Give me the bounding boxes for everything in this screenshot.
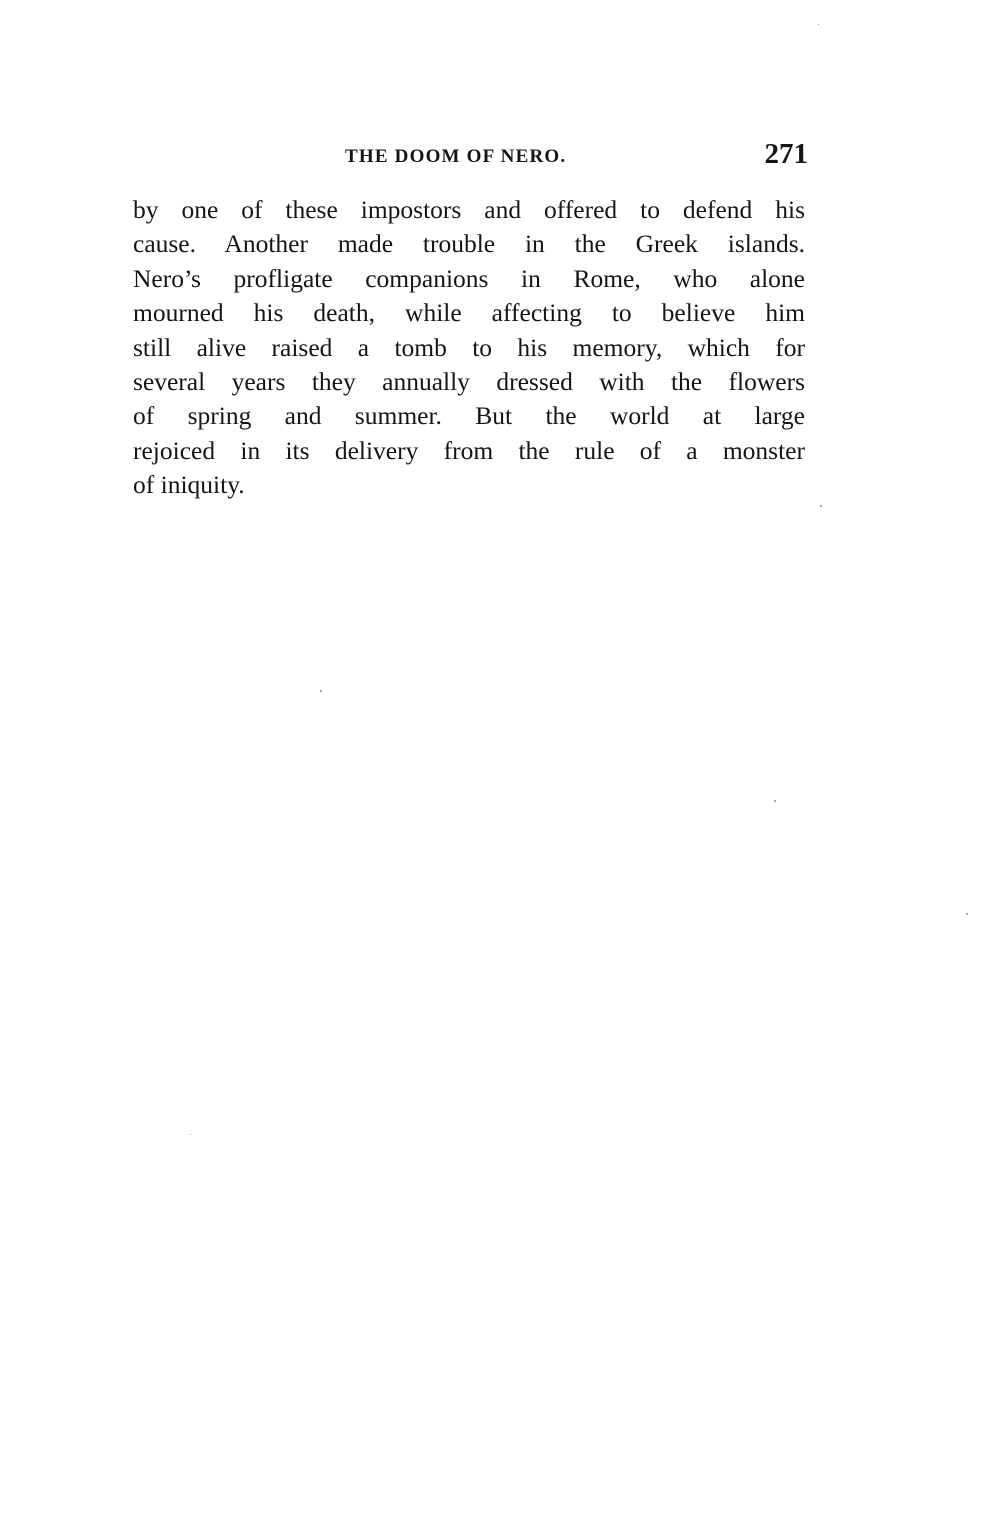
scan-speck (966, 913, 968, 915)
running-title: THE DOOM OF NERO. (345, 146, 566, 168)
text-line: still alive raised a tomb to his memory,… (133, 331, 805, 365)
text-line: several years they annually dressed with… (133, 365, 805, 399)
scan-speck (818, 24, 819, 25)
text-line: of spring and summer. But the world at l… (133, 399, 805, 433)
text-line: by one of these impostors and offered to… (133, 193, 805, 227)
text-line: Nero’s profligate companions in Rome, wh… (133, 262, 805, 296)
text-line: cause. Another made trouble in the Greek… (133, 227, 805, 261)
scan-speck (320, 690, 322, 692)
book-page: THE DOOM OF NERO. 271 by one of these im… (0, 0, 1000, 1534)
scan-speck (190, 1134, 191, 1135)
running-head: THE DOOM OF NERO. 271 (133, 140, 808, 174)
text-line: mourned his death, while affecting to be… (133, 296, 805, 330)
text-line: rejoiced in its delivery from the rule o… (133, 434, 805, 468)
body-paragraph: by one of these impostors and offered to… (133, 193, 805, 503)
scan-speck (820, 505, 822, 507)
scan-speck (774, 800, 776, 802)
page-number: 271 (765, 138, 809, 171)
text-line: of iniquity. (133, 468, 805, 502)
